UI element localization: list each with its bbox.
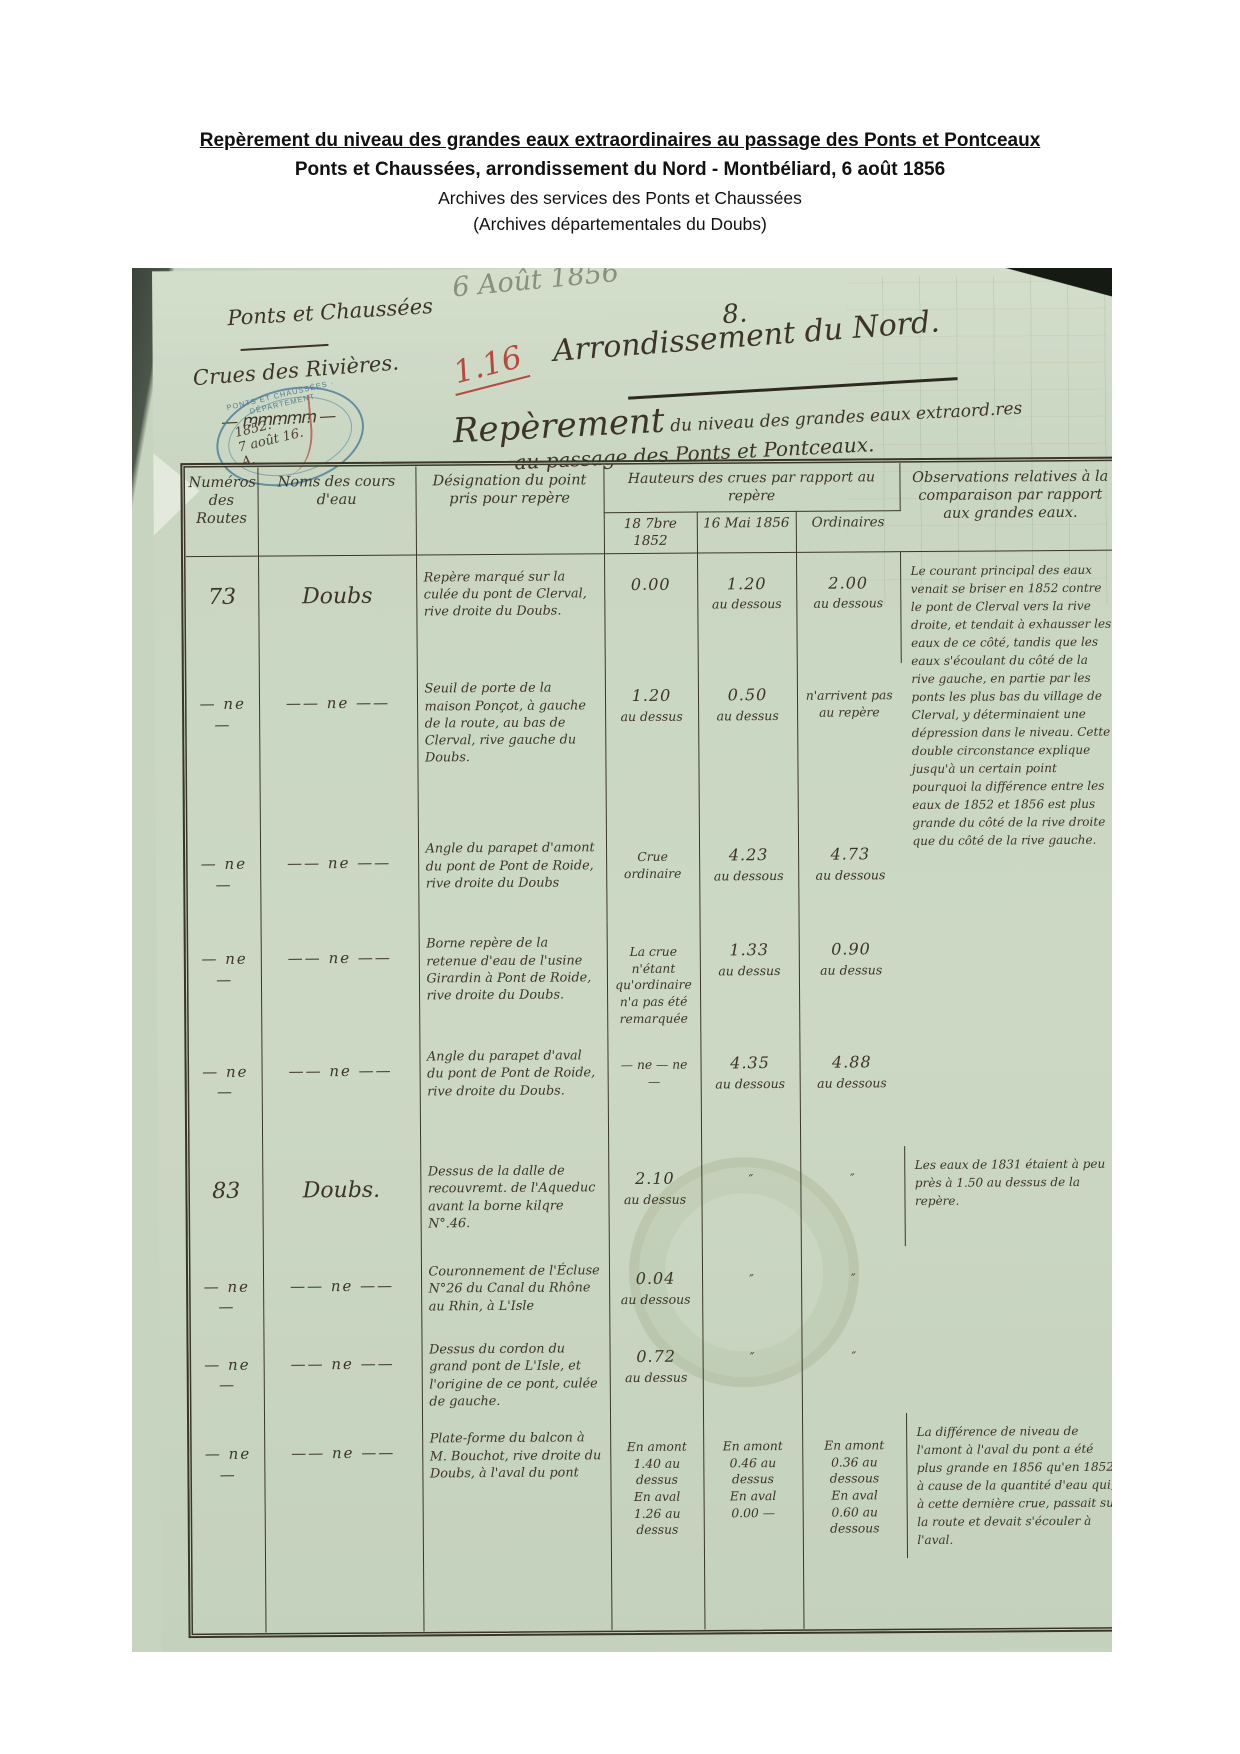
cell-height-1856: 1.20au dessous	[697, 552, 797, 665]
cell-height-1856: 4.23au dessous	[699, 824, 799, 920]
cell-height-ordinaires-qualifier: au dessous	[806, 867, 896, 884]
cell-designation: Borne repère de la retenue d'eau de l'us…	[419, 920, 608, 1034]
cell-height-ordinaires	[803, 1558, 907, 1629]
cell-height-ordinaires-text: En amont 0.36 au dessous En aval 0.60 au…	[810, 1437, 900, 1537]
cell-river-name: —— ne ——	[261, 1035, 420, 1151]
archive-photo: Ponts et Chaussées 6 Août 1856 8. ✳ Crue…	[132, 268, 1112, 1652]
cell-height-1856-qualifier: au dessus	[707, 963, 791, 980]
flood-levels-table: Numéros des RoutesNoms des cours d'eauDé…	[185, 462, 1112, 1634]
cell-designation: Dessus de la dalle de recouvremt. de l'A…	[420, 1148, 609, 1249]
cell-height-1852-value: 2.10	[616, 1168, 694, 1190]
cell-height-1852: 0.72au dessus	[609, 1326, 703, 1416]
cell-height-1852: 2.10au dessus	[608, 1148, 702, 1249]
cell-height-1856-text: ″	[710, 1271, 794, 1288]
cell-designation: Dessus du cordon du grand pont de L'Isle…	[421, 1326, 610, 1416]
cell-observation: Les eaux de 1831 étaient à peu près à 1.…	[904, 1145, 1112, 1414]
photo-dark-corner	[962, 268, 1112, 308]
cell-height-1856-text: En amont 0.46 au dessus En aval 0.00 —	[711, 1438, 796, 1522]
table-row: — ne ——— ne ——Plate-forme du balcon à M.…	[192, 1412, 1112, 1564]
caption-archive: Archives des services des Ponts et Chaus…	[0, 188, 1240, 209]
cell-designation: Couronnement de l'Écluse N°26 du Canal d…	[421, 1248, 610, 1327]
cell-height-1856: 1.33au dessus	[700, 919, 800, 1033]
cell-river-name: —— ne ——	[259, 667, 418, 828]
cell-height-1856-qualifier: au dessus	[706, 708, 790, 725]
cell-designation: Angle du parapet d'aval du pont de Pont …	[419, 1033, 608, 1149]
cell-height-1852-value: 1.20	[612, 685, 690, 707]
cell-route-number: 73	[186, 556, 259, 668]
header-subject: Crues des Rivières.	[192, 350, 400, 390]
caption-subtitle: Ponts et Chaussées, arrondissement du No…	[0, 159, 1240, 181]
cell-height-1852-value: 0.00	[612, 573, 690, 595]
header-service: Ponts et Chaussées	[227, 294, 434, 330]
cell-height-ordinaires: 2.00au dessous	[796, 551, 901, 664]
cell-route-number: — ne —	[189, 923, 262, 1036]
cell-height-ordinaires: 0.90au dessus	[799, 918, 904, 1032]
cell-height-1856: 0.50au dessus	[698, 664, 798, 825]
cell-height-ordinaires: n'arrivent pas au repère	[797, 663, 902, 824]
cell-height-ordinaires: 4.88au dessous	[799, 1031, 904, 1147]
cell-height-1856-text: ″	[710, 1349, 794, 1366]
table-row: 83Doubs.Dessus de la dalle de recouvremt…	[190, 1145, 1112, 1252]
cell-height-ordinaires-value: 2.00	[804, 572, 893, 594]
cell-designation: Plate-forme du balcon à M. Bouchot, rive…	[422, 1415, 611, 1561]
cell-river-name: —— ne ——	[263, 1328, 422, 1418]
cell-height-ordinaires: En amont 0.36 au dessous En aval 0.60 au…	[802, 1413, 907, 1559]
cell-height-1852-qualifier: au dessus	[616, 1191, 694, 1208]
cell-height-1856-value: 1.33	[707, 939, 791, 961]
col-header-designation: Désignation du point pris pour repère	[415, 465, 604, 555]
table-row: 73DoubsRepère marqué sur la culée du pon…	[186, 550, 1112, 669]
cell-river-name: Doubs	[258, 555, 417, 668]
cell-height-1852-qualifier: au dessus	[613, 708, 691, 725]
cell-height-1852: La crue n'étant qu'ordinaire n'a pas été…	[607, 920, 701, 1034]
cell-height-ordinaires: ″	[801, 1324, 906, 1414]
cell-height-ordinaires: 4.73au dessous	[798, 823, 903, 919]
service-underline	[241, 344, 329, 351]
cell-height-ordinaires-value: 0.90	[806, 938, 896, 960]
table-header: Numéros des RoutesNoms des cours d'eauDé…	[185, 462, 1112, 557]
col-header-heights-group: Hauteurs des crues par rapport au repère	[603, 463, 899, 513]
flood-table-wrap: Numéros des RoutesNoms des cours d'eauDé…	[180, 457, 1112, 1639]
cell-route-number	[193, 1563, 265, 1634]
cell-designation	[423, 1560, 611, 1631]
cell-height-ordinaires-text: ″	[809, 1270, 899, 1287]
cell-height-1852: 0.04au dessous	[609, 1248, 703, 1327]
red-classification-number: 1.16	[446, 338, 531, 396]
cell-height-1852: Crue ordinaire	[606, 825, 700, 921]
caption-title: Repèrement du niveau des grandes eaux ex…	[0, 130, 1240, 152]
cell-river-name: —— ne ——	[260, 827, 419, 923]
cell-height-ordinaires: ″	[800, 1146, 905, 1247]
cell-height-1856: ″	[702, 1325, 802, 1415]
cell-height-1852-value: 0.04	[616, 1268, 694, 1290]
cell-height-1856	[704, 1559, 803, 1630]
col-header-routes: Numéros des Routes	[185, 468, 258, 557]
col-header-observations: Observations relatives à la comparaison …	[899, 462, 1112, 552]
cell-height-1856-qualifier: au dessous	[708, 1076, 792, 1093]
cell-observation: Le courant principal des eaux venait se …	[900, 550, 1112, 1146]
cell-route-number: — ne —	[187, 668, 260, 828]
cell-height-1852-text: La crue n'étant qu'ordinaire n'a pas été…	[614, 944, 693, 1028]
table-body: 73DoubsRepère marqué sur la culée du pon…	[186, 550, 1112, 1634]
cell-height-1856-value: 4.35	[708, 1052, 792, 1074]
cell-height-1852-text: — ne — ne —	[615, 1057, 693, 1091]
cell-height-1856-qualifier: au dessous	[707, 868, 791, 885]
cell-height-1856-value: 1.20	[705, 573, 789, 595]
cell-height-1852-qualifier: au dessous	[617, 1291, 695, 1308]
cell-river-name: —— ne ——	[264, 1417, 423, 1563]
cell-route-number: — ne —	[189, 1036, 262, 1151]
cell-height-1856-value: 4.23	[707, 844, 791, 866]
cell-designation: Seuil de porte de la maison Ponçot, à ga…	[417, 665, 606, 826]
cell-river-name: Doubs.	[262, 1150, 421, 1251]
pencil-date: 6 Août 1856	[451, 268, 620, 303]
cell-height-1856-text: ″	[709, 1171, 793, 1188]
cell-height-1852-text: En amont 1.40 au dessus En aval 1.26 au …	[618, 1439, 697, 1539]
cell-route-number: 83	[190, 1151, 263, 1252]
cell-height-1852: — ne — ne —	[607, 1033, 701, 1149]
cell-height-1852	[611, 1560, 704, 1631]
cell-height-ordinaires: ″	[801, 1246, 906, 1325]
cell-height-ordinaires-text: n'arrivent pas au repère	[804, 687, 894, 721]
cell-designation: Angle du parapet d'amont du pont de Pont…	[418, 825, 607, 921]
cell-height-ordinaires-value: 4.88	[807, 1051, 897, 1073]
caption-archive-dept: (Archives départementales du Doubs)	[0, 214, 1240, 235]
col-header-rivers: Noms des cours d'eau	[257, 467, 416, 556]
col-header-1852: 18 7bre 1852	[604, 512, 697, 553]
cell-height-ordinaires-qualifier: au dessus	[806, 962, 896, 979]
cell-height-ordinaires-qualifier: au dessous	[807, 1075, 897, 1092]
manuscript-paper: Ponts et Chaussées 6 Août 1856 8. ✳ Crue…	[152, 268, 1112, 1652]
cell-height-1852: 0.00	[604, 553, 698, 666]
cell-height-1856-value: 0.50	[705, 684, 789, 706]
cell-height-1852-text: Crue ordinaire	[614, 849, 692, 883]
photo-backing-left	[132, 268, 156, 1652]
document-page: Repèrement du niveau des grandes eaux ex…	[0, 0, 1240, 1754]
col-header-1856: 16 Mai 1856	[697, 511, 796, 552]
cell-height-ordinaires-text: ″	[808, 1170, 897, 1187]
cell-height-ordinaires-value: 4.73	[806, 843, 896, 865]
cell-height-1856: 4.35au dessous	[700, 1032, 800, 1148]
cell-height-ordinaires-qualifier: au dessous	[804, 596, 893, 613]
cell-height-1852-qualifier: au dessus	[617, 1369, 695, 1386]
cell-river-name: —— ne ——	[263, 1250, 422, 1329]
cell-height-1856: ″	[701, 1147, 801, 1248]
cell-height-ordinaires-text: ″	[809, 1348, 899, 1365]
cell-route-number: — ne —	[188, 828, 261, 924]
cell-height-1856-qualifier: au dessous	[705, 596, 789, 613]
cell-route-number: — ne —	[191, 1251, 264, 1330]
header-row-main: Numéros des RoutesNoms des cours d'eauDé…	[185, 462, 1112, 516]
cell-designation: Repère marqué sur la culée du pont de Cl…	[416, 553, 605, 666]
cell-river-name	[265, 1562, 423, 1633]
cell-height-1856: En amont 0.46 au dessus En aval 0.00 —	[703, 1414, 803, 1560]
cell-height-1856: ″	[702, 1247, 802, 1326]
cell-height-1852: En amont 1.40 au dessus En aval 1.26 au …	[610, 1415, 704, 1561]
cell-height-1852: 1.20au dessus	[605, 665, 699, 826]
cell-route-number: — ne —	[191, 1329, 264, 1419]
col-header-ordinaires: Ordinaires	[796, 511, 900, 552]
cell-observation: La différence de niveau de l'amont à l'a…	[906, 1412, 1112, 1629]
cell-height-1852-value: 0.72	[617, 1346, 695, 1368]
cell-river-name: —— ne ——	[261, 922, 420, 1036]
cell-route-number: — ne —	[192, 1418, 265, 1563]
typed-caption: Repèrement du niveau des grandes eaux ex…	[0, 130, 1240, 235]
